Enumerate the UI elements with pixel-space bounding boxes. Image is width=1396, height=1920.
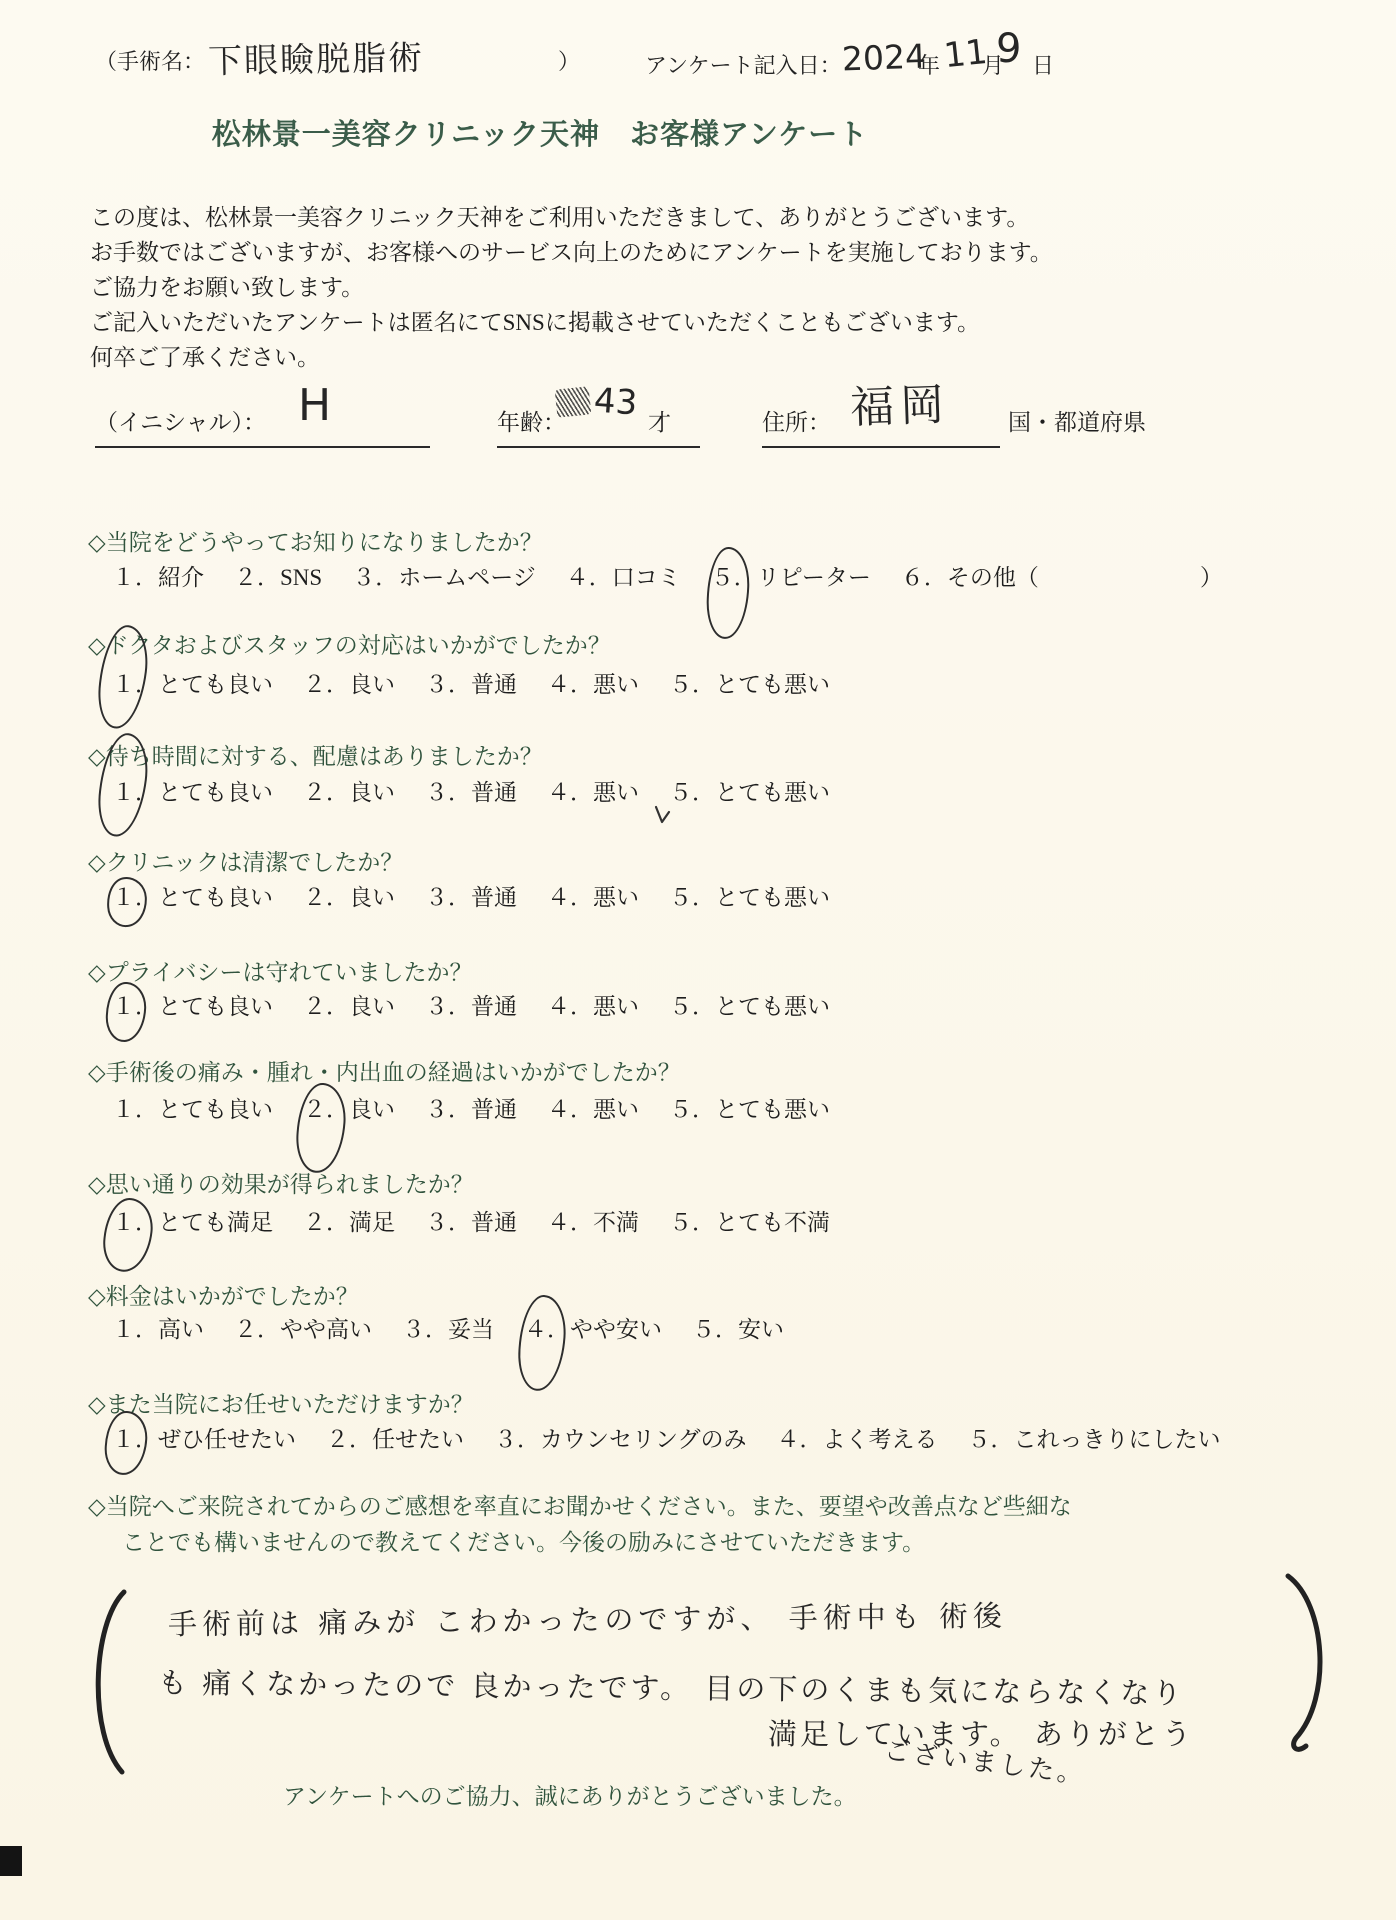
option: ３．普通: [425, 1208, 517, 1238]
option-number: ５．: [669, 1095, 715, 1125]
option-number: ５．: [968, 1425, 1014, 1455]
option-label: とても悪い: [715, 780, 830, 805]
option: ６．その他（ ）: [901, 563, 1223, 593]
option: ４．不満: [547, 1208, 639, 1238]
question-options-4: １．とても良い２．良い３．普通４．悪い５．とても悪い: [112, 883, 830, 913]
option-label: 悪い: [593, 994, 639, 1019]
option: ２．満足: [303, 1208, 395, 1238]
option-label: 良い: [349, 994, 395, 1019]
option: １．とても良い: [112, 883, 273, 913]
question-title-4: ◇クリニックは清潔でしたか？: [88, 848, 403, 878]
option-number: ５．: [669, 992, 715, 1022]
option: ３．ホームページ: [352, 563, 536, 593]
option-number: ３．: [425, 670, 471, 700]
age-underline: [497, 445, 700, 448]
option-label: 悪い: [593, 672, 639, 697]
option-label: とても良い: [158, 672, 273, 697]
option: ２．良い: [303, 992, 395, 1022]
age-label: 年齢：: [497, 408, 566, 438]
option-number: ４．: [547, 1095, 593, 1125]
option-label: 普通: [471, 994, 517, 1019]
question-title-6: ◇手術後の痛み・腫れ・内出血の経過はいかがでしたか？: [88, 1058, 681, 1088]
option-number: ２．: [326, 1425, 372, 1455]
option-label: カウンセリングのみ: [540, 1427, 747, 1452]
option-label: よく考える: [823, 1427, 938, 1452]
option-label: 良い: [349, 780, 395, 805]
survey-date-label: アンケート記入日：: [645, 52, 842, 80]
option: １．ぜひ任せたい: [112, 1425, 296, 1455]
option-number: ４．: [547, 1208, 593, 1238]
handwritten-answer-circle: [516, 1294, 569, 1393]
intro-line: お手数ではございますが、お客様へのサービス向上のためにアンケートを実施しておりま…: [90, 235, 1053, 270]
option: ３．普通: [425, 883, 517, 913]
question-options-6: １．とても良い２．良い３．普通４．悪い５．とても悪い: [112, 1095, 830, 1125]
option: ４．よく考える: [777, 1425, 938, 1455]
age-value-handwritten: 43: [593, 381, 639, 424]
option-label: 安い: [738, 1317, 784, 1342]
survey-date-day-handwritten: 9: [996, 26, 1021, 72]
option: ５．これっきりにしたい: [968, 1425, 1221, 1455]
question-options-8: １．高い２．やや高い３．妥当４．やや安い５．安い: [112, 1315, 784, 1345]
option-label: 悪い: [593, 1097, 639, 1122]
intro-line: ご協力をお願い致します。: [90, 270, 1053, 305]
option-label: 良い: [349, 885, 395, 910]
option-label: SNS: [280, 565, 322, 590]
surgery-name-close-paren: ）: [558, 48, 580, 76]
option-number: ５．: [711, 563, 757, 593]
question-options-9: １．ぜひ任せたい２．任せたい３．カウンセリングのみ４．よく考える５．これっきりに…: [112, 1425, 1221, 1455]
option-label: とても良い: [158, 1097, 273, 1122]
option-label: これっきりにしたい: [1014, 1427, 1221, 1452]
option: ４．口コミ: [566, 563, 681, 593]
question-title-10-line2: ことでも構いませんので教えてください。今後の励みにさせていただきます。: [122, 1528, 925, 1558]
address-underline: [762, 445, 1000, 448]
option: ５．とても悪い: [669, 992, 830, 1022]
option: ３．普通: [425, 992, 517, 1022]
option: ３．普通: [425, 778, 517, 808]
option-label: 普通: [471, 1097, 517, 1122]
surgery-name-handwritten: 下眼瞼脱脂術: [208, 30, 425, 83]
option-number: １．: [112, 992, 158, 1022]
option-number: ３．: [425, 992, 471, 1022]
option-number: １．: [112, 883, 158, 913]
option-number: ３．: [494, 1425, 540, 1455]
option-label: 口コミ: [612, 565, 681, 590]
option: ４．悪い: [547, 778, 639, 808]
option-number: ４．: [777, 1425, 823, 1455]
option: １．紹介: [112, 563, 204, 593]
question-title-7: ◇思い通りの効果が得られましたか？: [88, 1170, 474, 1200]
question-options-1: １．紹介２．SNS３．ホームページ４．口コミ５．リピーター６．その他（ ）: [112, 563, 1223, 593]
option-label: 不満: [593, 1210, 639, 1235]
question-options-5: １．とても良い２．良い３．普通４．悪い５．とても悪い: [112, 992, 830, 1022]
option-number: １．: [112, 563, 158, 593]
option-number: １．: [112, 670, 158, 700]
handwritten-answer-circle: [105, 981, 147, 1042]
option: ５．とても悪い: [669, 1095, 830, 1125]
comment-bracket-left: [80, 1586, 132, 1778]
option: ５．とても悪い: [669, 778, 830, 808]
option: １．とても良い: [112, 1095, 273, 1125]
option: ５．とても悪い: [669, 883, 830, 913]
comment-line-2: も 痛くなかったので 良かったです。 目の下のくまも気にならなくなり: [158, 1661, 1185, 1713]
option-number: ３．: [425, 1208, 471, 1238]
intro-line: ご記入いただいたアンケートは匿名にてSNSに掲載させていただくこともございます。: [90, 305, 1053, 340]
option-number: ３．: [402, 1315, 448, 1345]
option-number: ２．: [303, 1208, 349, 1238]
option-number: ２．: [234, 563, 280, 593]
option-label: 良い: [349, 672, 395, 697]
option: ２．良い: [303, 883, 395, 913]
option: ３．妥当: [402, 1315, 494, 1345]
option-number: ２．: [303, 670, 349, 700]
option: ２．良い: [303, 1095, 395, 1125]
option-number: ２．: [303, 992, 349, 1022]
option-label: とても悪い: [715, 994, 830, 1019]
option: ４．悪い: [547, 883, 639, 913]
question-title-5: ◇プライバシーは守れていましたか？: [88, 958, 473, 988]
option: ５．とても悪い: [669, 670, 830, 700]
question-options-7: １．とても満足２．満足３．普通４．不満５．とても不満: [112, 1208, 830, 1238]
option-label: 紹介: [158, 565, 204, 590]
initial-label: （イニシャル）：: [95, 408, 266, 438]
scan-artifact: [0, 1846, 22, 1876]
surgery-name-label: （手術名：: [95, 48, 205, 76]
survey-date-year-handwritten: 2024: [841, 37, 926, 79]
question-title-1: ◇当院をどうやってお知りになりましたか？: [88, 528, 543, 558]
option-label: 妥当: [448, 1317, 494, 1342]
option: ２．やや高い: [234, 1315, 372, 1345]
handwritten-answer-circle: [100, 1196, 155, 1275]
option: ３．カウンセリングのみ: [494, 1425, 747, 1455]
option: ４．やや安い: [524, 1315, 662, 1345]
year-unit: 年: [918, 52, 940, 80]
option-label: 普通: [471, 885, 517, 910]
option-label: とても不満: [715, 1210, 830, 1235]
option: ２．任せたい: [326, 1425, 464, 1455]
option-label: とても良い: [158, 780, 273, 805]
option: ４．悪い: [547, 670, 639, 700]
option-number: ３．: [352, 563, 398, 593]
option-number: ３．: [425, 1095, 471, 1125]
initial-underline: [95, 445, 430, 448]
handwritten-answer-circle: [294, 1081, 348, 1174]
option-label: とても悪い: [715, 1097, 830, 1122]
option: ５．とても不満: [669, 1208, 830, 1238]
option-label: やや高い: [280, 1317, 372, 1342]
initial-value-handwritten: H: [298, 380, 331, 431]
option-number: ２．: [303, 883, 349, 913]
option-number: ３．: [425, 778, 471, 808]
scanned-survey-page: （手術名： 下眼瞼脱脂術 ） アンケート記入日： 2024 年 11 月 9 日…: [0, 0, 1396, 1920]
option-number: ５．: [669, 883, 715, 913]
day-unit: 日: [1032, 52, 1054, 80]
question-options-3: １．とても良い２．良い３．普通４．悪い５．とても悪い: [112, 778, 830, 808]
option-number: ５．: [692, 1315, 738, 1345]
option-label: 普通: [471, 780, 517, 805]
option: １．とても良い: [112, 670, 273, 700]
intro-paragraph: この度は、松林景一美容クリニック天神をご利用いただきまして、ありがとうございます…: [90, 200, 1053, 375]
option: １．とても良い: [112, 778, 273, 808]
handwritten-answer-circle: [106, 876, 149, 928]
option-label: 良い: [349, 1097, 395, 1122]
option: ４．悪い: [547, 1095, 639, 1125]
option-label: 悪い: [593, 780, 639, 805]
option: ２．良い: [303, 670, 395, 700]
option-label: 普通: [471, 1210, 517, 1235]
option-number: １．: [112, 1095, 158, 1125]
option-number: ６．: [901, 563, 947, 593]
option-label: 任せたい: [372, 1427, 464, 1452]
option-number: ２．: [303, 1095, 349, 1125]
option-number: ５．: [669, 778, 715, 808]
option-label: 高い: [158, 1317, 204, 1342]
option: １．とても良い: [112, 992, 273, 1022]
option-number: ３．: [425, 883, 471, 913]
comment-line-1: 手術前は 痛みが こわかったのですが、 手術中も 術後: [168, 1594, 1007, 1644]
option-number: ４．: [547, 992, 593, 1022]
option-label: とても悪い: [715, 672, 830, 697]
handwritten-answer-circle: [705, 546, 750, 639]
option-label: その他（ ）: [947, 565, 1223, 590]
question-title-8: ◇料金はいかがでしたか？: [88, 1282, 359, 1312]
question-options-2: １．とても良い２．良い３．普通４．悪い５．とても悪い: [112, 670, 830, 700]
option-number: ４．: [547, 883, 593, 913]
address-label: 住所：: [762, 408, 831, 438]
option: ４．悪い: [547, 992, 639, 1022]
option: ３．普通: [425, 1095, 517, 1125]
stray-pen-mark: [652, 804, 672, 830]
option-label: とても満足: [158, 1210, 273, 1235]
footer-thanks: アンケートへのご協力、誠にありがとうございました。: [283, 1782, 857, 1812]
option-number: ４．: [547, 778, 593, 808]
option-label: 悪い: [593, 885, 639, 910]
option-label: やや安い: [570, 1317, 662, 1342]
option: ３．普通: [425, 670, 517, 700]
option: １．高い: [112, 1315, 204, 1345]
option-number: １．: [112, 1208, 158, 1238]
option-number: １．: [112, 778, 158, 808]
option-label: ぜひ任せたい: [158, 1427, 296, 1452]
option-number: ４．: [566, 563, 612, 593]
option: ５．安い: [692, 1315, 784, 1345]
option-number: ２．: [303, 778, 349, 808]
region-label: 国・都道府県: [1008, 408, 1146, 438]
option-number: ５．: [669, 1208, 715, 1238]
option-label: とても良い: [158, 885, 273, 910]
option-number: ５．: [669, 670, 715, 700]
question-title-10: ◇当院へご来院されてからのご感想を率直にお聞かせください。また、要望や改善点など…: [88, 1492, 1072, 1522]
intro-line: この度は、松林景一美容クリニック天神をご利用いただきまして、ありがとうございます…: [90, 200, 1053, 235]
page-title: 松林景一美容クリニック天神 お客様アンケート: [0, 112, 1080, 153]
option-label: リピーター: [757, 565, 871, 590]
question-title-3: ◇待ち時間に対する、配慮はありましたか？: [88, 742, 543, 772]
option-number: １．: [112, 1425, 158, 1455]
age-scribble-mark: [555, 386, 592, 417]
option: ５．リピーター: [711, 563, 871, 593]
option-label: 普通: [471, 672, 517, 697]
option: １．とても満足: [112, 1208, 273, 1238]
option-number: １．: [112, 1315, 158, 1345]
address-value-handwritten: 福岡: [849, 368, 951, 435]
option: ２．SNS: [234, 563, 322, 593]
option-number: ４．: [524, 1315, 570, 1345]
age-unit: 才: [648, 408, 671, 438]
option-label: 満足: [349, 1210, 395, 1235]
option: ２．良い: [303, 778, 395, 808]
option-label: ホームページ: [398, 565, 536, 590]
option-label: とても悪い: [715, 885, 830, 910]
option-number: ４．: [547, 670, 593, 700]
question-title-2: ◇ドクタおよびスタッフの対応はいかがでしたか？: [88, 631, 611, 661]
comment-bracket-right: [1278, 1570, 1340, 1770]
option-label: とても良い: [158, 994, 273, 1019]
question-title-9: ◇また当院にお任せいただけますか？: [88, 1390, 474, 1420]
option-number: ２．: [234, 1315, 280, 1345]
